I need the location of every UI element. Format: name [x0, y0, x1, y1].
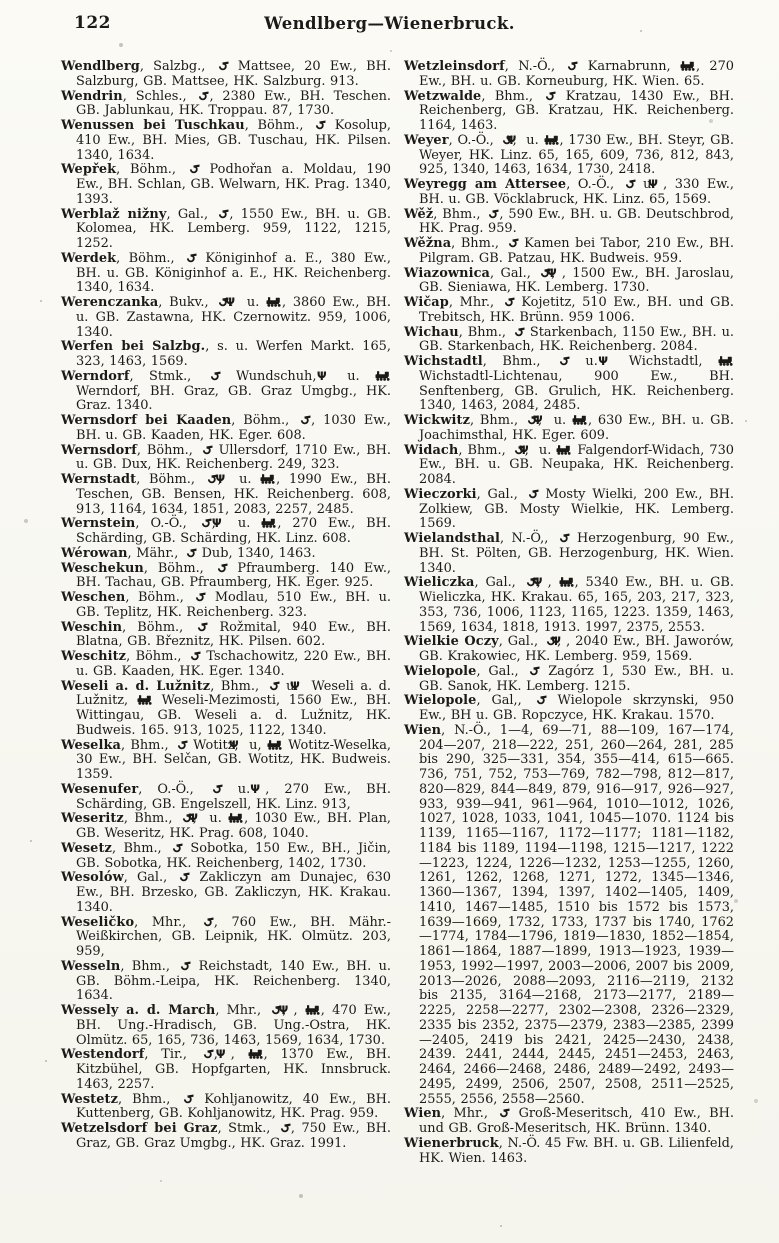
directory-entry: Weschin, Böhm., Rožmital, 940 Ew., BH. B… — [61, 621, 391, 651]
entry-headword: Wien — [404, 723, 441, 738]
post-horn-icon — [266, 681, 280, 691]
post-horn-icon — [622, 179, 636, 189]
post-horn-icon — [511, 327, 525, 337]
entry-headword: Wetzwalde — [404, 89, 481, 104]
entry-headword: Werndorf — [61, 369, 130, 384]
entry-headword: Wetzleinsdorf — [404, 59, 505, 74]
entry-headword: Wienerbruck — [404, 1136, 499, 1151]
railway-icon — [267, 740, 283, 750]
entry-headword: Wendrin — [61, 89, 123, 104]
directory-entry: Wien, Mhr., Groß-Meseritsch, 410 Ew., BH… — [404, 1107, 734, 1137]
directory-entry: Wenussen bei Tuschkau, Böhm., Kosolup, 4… — [61, 119, 391, 163]
railway-icon — [261, 518, 277, 528]
entry-headword: Widach — [404, 443, 458, 458]
entry-headword: Weyer — [404, 133, 449, 148]
page-title: Wendlberg—Wienerbruck. — [0, 14, 779, 33]
entry-headword: Wěžna — [404, 236, 451, 251]
entry-headword: Weschen — [61, 590, 125, 605]
directory-entry: Wernsdorf bei Kaaden, Böhm., , 1030 Ew.,… — [61, 414, 391, 444]
entry-headword: Werblaž nižny — [61, 207, 166, 222]
directory-entry: Wičap, Mhr., Kojetitz, 510 Ew., BH. und … — [404, 296, 734, 326]
entry-headword: Wessely a. d. March — [61, 1003, 215, 1018]
directory-entry: Wielandsthal, N.-Ö,, Herzogenburg, 90 Ew… — [404, 532, 734, 576]
entry-headword: Wielopole — [404, 693, 476, 708]
directory-entry: Wienerbruck, N.-Ö. 45 Fw. BH. u. GB. Lil… — [404, 1137, 734, 1167]
entry-headword: Wičap — [404, 295, 449, 310]
directory-entry: Wielopole, Gal,, Wielopole skrzynski, 95… — [404, 694, 734, 724]
directory-entry: Wessely a. d. March, Mhr., , Ψ, , 470 Ew… — [61, 1004, 391, 1048]
directory-entry: Wickwitz, Bhm., , Ψ u. , 630 Ew., BH. u.… — [404, 414, 734, 444]
entry-headword: Werenczanka — [61, 295, 158, 310]
directory-entry: Werfen bei Salzbg., s. u. Werfen Markt. … — [61, 340, 391, 370]
entry-headword: Werdek — [61, 251, 116, 266]
railway-icon — [375, 371, 391, 381]
post-horn-icon — [214, 563, 228, 573]
entry-headword: Wien — [404, 1106, 441, 1121]
directory-entry: Widach, Bhm., , Ψ u. Falgendorf-Widach, … — [404, 444, 734, 488]
directory-entry: Wichstadtl, Bhm., u. Ψ Wichstadtl, Wichs… — [404, 355, 734, 414]
railway-icon — [260, 474, 276, 484]
post-horn-icon — [209, 784, 223, 794]
directory-entry: Westendorf, Tir., , Ψ, , 1370 Ew., BH. K… — [61, 1048, 391, 1092]
post-horn-icon — [215, 61, 229, 71]
directory-page: 122 Wendlberg—Wienerbruck. Wendlberg, Sa… — [0, 0, 779, 1243]
railway-icon — [305, 1005, 321, 1015]
directory-entry: Wernstadt, Böhm., , Ψ u. , 1990 Ew., BH.… — [61, 473, 391, 517]
entry-headword: Weselka — [61, 738, 121, 753]
entry-headword: Weseličko — [61, 915, 134, 930]
post-horn-icon — [526, 666, 540, 676]
railway-icon — [556, 445, 572, 455]
directory-entry: Werndorf, Stmk., Wundschuh, Ψ u. Werndor… — [61, 370, 391, 414]
entry-headword: Wendlberg — [61, 59, 140, 74]
entry-headword: Wichstadtl — [404, 354, 483, 369]
directory-entry: Wielkie Oczy, Gal., , Ψ, 2040 Ew., BH. J… — [404, 635, 734, 665]
entry-headword: Weyregg am Attersee — [404, 177, 566, 192]
directory-entry: Wiazownica, Gal., , Ψ, 1500 Ew., BH. Jar… — [404, 267, 734, 297]
directory-entry: Weschitz, Böhm., Tschachowitz, 220 Ew., … — [61, 650, 391, 680]
post-horn-icon — [556, 356, 570, 366]
directory-entry: Westetz, Bhm., Kohljanowitz, 40 Ew., BH.… — [61, 1093, 391, 1123]
directory-entry: Weyer, O.-Ö., , Ψ u. , 1730 Ew., BH. Ste… — [404, 134, 734, 178]
entry-headword: Weschin — [61, 620, 122, 635]
directory-entry: Wesseln, Bhm., Reichstadt, 140 Ew., BH. … — [61, 960, 391, 1004]
entry-headword: Westendorf — [61, 1047, 144, 1062]
directory-entry: Wieliczka, Gal., , Ψ, , 5340 Ew., BH. u.… — [404, 576, 734, 635]
directory-entry: Wesolów, Gal., Zakliczyn am Dunajec, 630… — [61, 871, 391, 915]
directory-entry: Wesenufer, O.-Ö., u. Ψ, 270 Ew., BH. Sch… — [61, 783, 391, 813]
railway-icon — [572, 415, 588, 425]
entry-headword: Wetzelsdorf bei Graz — [61, 1121, 218, 1136]
entry-headword: Wielandsthal — [404, 531, 500, 546]
railway-icon — [718, 356, 734, 366]
directory-entry: Wieczorki, Gal., Mosty Wielki, 200 Ew., … — [404, 488, 734, 532]
post-horn-icon — [195, 91, 209, 101]
directory-entry: Wetzelsdorf bei Graz, Stmk., , 750 Ew., … — [61, 1122, 391, 1152]
directory-entry: Wernsdorf, Böhm., Ullersdorf, 1710 Ew., … — [61, 444, 391, 474]
directory-entry: Weschen, Böhm., Modlau, 510 Ew., BH. u. … — [61, 591, 391, 621]
directory-entry: Wěž, Bhm., , 590 Ew., BH. u. GB. Deutsch… — [404, 208, 734, 238]
entry-headword: Wernstein — [61, 516, 135, 531]
directory-entry: Wien, N.-Ö., 1—4, 69—71, 88—109, 167—174… — [404, 724, 734, 1108]
directory-entry: Weschekun, Böhm., Pfraumberg. 140 Ew., B… — [61, 562, 391, 592]
post-horn-icon — [200, 917, 214, 927]
page-header: 122 Wendlberg—Wienerbruck. — [0, 13, 779, 39]
directory-entry: Werdek, Böhm., Königinhof a. E., 380 Ew.… — [61, 252, 391, 296]
entry-headword: Wesenufer — [61, 782, 138, 797]
post-horn-icon — [176, 872, 190, 882]
post-horn-icon — [199, 445, 213, 455]
directory-entry: Weyregg am Attersee, O.-Ö., u. Ψ, 330 Ew… — [404, 178, 734, 208]
post-horn-icon — [169, 843, 183, 853]
post-horn-icon — [198, 518, 212, 528]
entry-headword: Wieczorki — [404, 487, 477, 502]
column-left: Wendlberg, Salzbg., Mattsee, 20 Ew., BH.… — [61, 60, 391, 1166]
post-horn-icon — [194, 622, 208, 632]
post-horn-icon — [200, 1049, 214, 1059]
entry-headword: Wesetz — [61, 841, 112, 856]
entry-headword: Wichau — [404, 325, 459, 340]
entry-headword: Wérowan — [61, 546, 128, 561]
post-horn-icon — [485, 209, 499, 219]
entry-headword: Wenussen bei Tuschkau — [61, 118, 245, 133]
post-horn-icon — [501, 297, 515, 307]
directory-entry: Weselka, Bhm., Wotitz, Ψ u, Wotitz-Wesel… — [61, 739, 391, 783]
post-horn-icon — [277, 1123, 291, 1133]
post-horn-icon — [207, 371, 221, 381]
post-horn-icon — [564, 61, 578, 71]
post-horn-icon — [174, 740, 188, 750]
directory-entry: Werblaž nižny, Gal., , 1550 Ew., BH. u. … — [61, 208, 391, 252]
post-horn-icon — [525, 489, 539, 499]
directory-entry: Wérowan, Mähr., Dub, 1340, 1463. — [61, 547, 391, 562]
railway-icon — [248, 1049, 264, 1059]
post-horn-icon — [542, 91, 556, 101]
post-horn-icon — [192, 592, 206, 602]
railway-icon — [137, 695, 153, 705]
entry-headword: Weschitz — [61, 649, 126, 664]
entry-headword: Wěž — [404, 207, 433, 222]
directory-entry: Wesetz, Bhm., Sobotka, 150 Ew., BH., Jič… — [61, 842, 391, 872]
railway-icon — [544, 135, 560, 145]
entry-headword: Wernsdorf bei Kaaden — [61, 413, 231, 428]
entry-headword: Wernstadt — [61, 472, 136, 487]
directory-entry: Wielopole, Gal., Zagórz 1, 530 Ew., BH. … — [404, 665, 734, 695]
scan-noise — [0, 0, 2, 2]
entry-headword: Wepřek — [61, 162, 116, 177]
post-horn-icon — [556, 533, 570, 543]
post-horn-icon — [187, 651, 201, 661]
post-horn-icon — [496, 1108, 510, 1118]
entry-headword: Westetz — [61, 1092, 118, 1107]
entry-headword: Wernsdorf — [61, 443, 137, 458]
post-horn-icon — [186, 164, 200, 174]
railway-icon — [680, 61, 696, 71]
directory-entry: Wernstein, O.-Ö., , Ψ u. , 270 Ew., BH. … — [61, 517, 391, 547]
entry-headword: Wielkie Oczy — [404, 634, 499, 649]
post-horn-icon — [505, 238, 519, 248]
directory-entry: Wendrin, Schles., , 2380 Ew., BH. Tesche… — [61, 90, 391, 120]
text-columns: Wendlberg, Salzbg., Mattsee, 20 Ew., BH.… — [61, 60, 734, 1166]
directory-entry: Werenczanka, Bukv., . Ψ u. , 3860 Ew., B… — [61, 296, 391, 340]
railway-icon — [559, 577, 575, 587]
post-horn-icon — [533, 695, 547, 705]
entry-headword: Werfen bei Salzbg. — [61, 339, 205, 354]
entry-headword: Wieliczka — [404, 575, 475, 590]
post-horn-icon — [183, 548, 197, 558]
post-horn-icon — [312, 120, 326, 130]
post-horn-icon — [215, 209, 229, 219]
column-right: Wetzleinsdorf, N.-Ö., Karnabrunn, , 270 … — [404, 60, 734, 1166]
entry-headword: Wielopole — [404, 664, 476, 679]
entry-headword: Weschekun — [61, 561, 144, 576]
entry-headword: Wesolów — [61, 870, 124, 885]
railway-icon — [228, 813, 244, 823]
directory-entry: Wěžna, Bhm., Kamen bei Tabor, 210 Ew., B… — [404, 237, 734, 267]
entry-headword: Weseritz — [61, 811, 124, 826]
entry-headword: Wesseln — [61, 959, 120, 974]
post-horn-icon — [183, 253, 197, 263]
entry-headword: Wickwitz — [404, 413, 470, 428]
post-horn-icon — [177, 961, 191, 971]
directory-entry: Weseličko, Mhr., , 760 Ew., BH. Mähr.-We… — [61, 916, 391, 960]
directory-entry: Wendlberg, Salzbg., Mattsee, 20 Ew., BH.… — [61, 60, 391, 90]
directory-entry: Wetzwalde, Bhm., Kratzau, 1430 Ew., BH. … — [404, 90, 734, 134]
directory-entry: Weseli a. d. Lužnitz, Bhm., u. Ψ Weseli … — [61, 680, 391, 739]
railway-icon — [266, 297, 282, 307]
directory-entry: Wetzleinsdorf, N.-Ö., Karnabrunn, , 270 … — [404, 60, 734, 90]
directory-entry: Wichau, Bhm., Starkenbach, 1150 Ew., BH.… — [404, 326, 734, 356]
entry-headword: Wiazownica — [404, 266, 490, 281]
entry-headword: Weseli a. d. Lužnitz — [61, 679, 210, 694]
post-horn-icon — [297, 415, 311, 425]
post-horn-icon — [180, 1094, 194, 1104]
directory-entry: Wepřek, Böhm., Podhořan a. Moldau, 190 E… — [61, 163, 391, 207]
directory-entry: Weseritz, Bhm., , Ψ u. , 1030 Ew., BH. P… — [61, 812, 391, 842]
